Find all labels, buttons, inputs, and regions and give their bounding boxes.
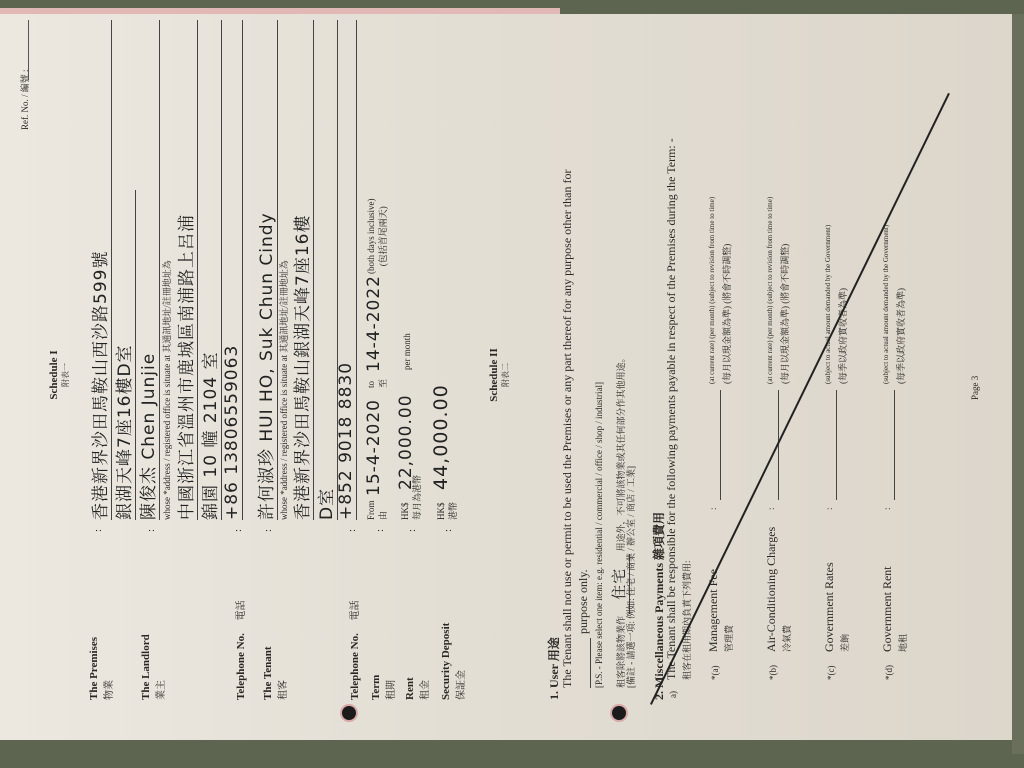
term-to-date: 14-4-2022	[364, 275, 384, 372]
colon: :	[92, 529, 104, 532]
govt-rates-blank	[836, 390, 837, 500]
ref-no-label: Ref. No. / 編號 :	[18, 70, 31, 131]
deposit-currency: HK$ 港幣	[436, 502, 459, 520]
schedule1-header: Schedule I 附表一	[48, 310, 71, 440]
schedule1-title: Schedule I	[48, 310, 60, 440]
ac-charges-blank	[778, 390, 779, 500]
deposit-label: Security Deposit 保証金	[440, 623, 467, 700]
misc-item: *(b) Air-Conditioning Charges 冷氣費 : (at …	[764, 20, 822, 680]
management-fee-blank	[720, 390, 721, 500]
colon: :	[262, 529, 274, 532]
tenant-address-line2: D室	[312, 20, 338, 520]
landlord-tel-value: +86 13806559063	[222, 20, 243, 520]
term-label: Term 租期	[370, 675, 397, 700]
govt-rent-blank	[894, 390, 895, 500]
schedule1-title-zh: 附表一	[60, 310, 71, 440]
schedule2-header: Schedule II 附表二	[488, 310, 511, 440]
misc-item: *(d) Government Rent 地租 : (subject to ac…	[880, 20, 938, 680]
schedule2-title: Schedule II	[488, 310, 500, 440]
schedule2-title-zh: 附表二	[500, 310, 511, 440]
misc-intro-label: a)	[668, 691, 678, 698]
ref-no-line	[28, 20, 29, 80]
misc-item: *(c) Government Rates 差餉 : (subject to a…	[822, 20, 880, 680]
user-text: The Tenant shall not use or permit to be…	[560, 28, 575, 688]
tenant-tel-label: Telephone No. 電話	[346, 600, 361, 700]
misc-item: *(a) Management Fee 管理費 : (at current ra…	[706, 20, 764, 680]
rent-label: Rent 租金	[404, 677, 431, 700]
premises-line1: 香港新界沙田馬鞍山西沙路599號	[86, 20, 112, 520]
premises-label: The Premises 物業	[88, 637, 115, 700]
premises-line2: 銀湖天峰7座16樓D室	[110, 190, 136, 520]
tenant-name: 許何淑珍 HUI HO, Suk Chun Cindy	[252, 20, 278, 520]
rent-amount: 22,000.00	[396, 394, 416, 490]
punch-hole	[342, 706, 356, 720]
landlord-name: 陳俊杰 Chen Junjie	[134, 20, 160, 520]
colon: :	[145, 529, 157, 532]
landlord-address-line2: 錦園 10 幢 2104 室	[196, 20, 222, 520]
tenant-address-line1: 香港新界沙田馬鞍山銀湖天峰7座16樓	[288, 20, 314, 520]
term-from-date: 15-4-2020	[364, 399, 384, 496]
user-ps-en: [P.S. - Please select one item: e.g. res…	[594, 382, 604, 688]
colon: :	[442, 529, 454, 532]
rent-period: per month	[402, 333, 412, 370]
landlord-address-line1: 中國浙江省溫州市鹿城區南浦路上呂浦	[172, 20, 198, 520]
misc-intro: The Tenant shall be responsible for the …	[664, 20, 679, 680]
tenant-label: The Tenant 租客	[262, 647, 289, 701]
background-desk	[1012, 14, 1024, 754]
colon: :	[374, 529, 386, 532]
term-to-label: to 至	[366, 379, 389, 388]
colon: :	[406, 529, 418, 532]
tenant-tel-value: +852 9018 8830	[336, 20, 357, 520]
colon: :	[232, 529, 244, 532]
deposit-amount: 44,000.00	[430, 384, 452, 490]
document-page: Ref. No. / 編號 : Schedule I 附表一 The Premi…	[0, 14, 1012, 740]
page-number: Page 3	[970, 376, 980, 400]
user-ps-zh2: [備註 - 請選一項: 例如: 住宅 / 商業 / 辦公室 / 商店 / 工業]	[624, 466, 637, 688]
user-text-cont: purpose only.	[576, 569, 591, 634]
landlord-tel-label: Telephone No. 電話	[232, 600, 247, 700]
landlord-label: The Landlord 業主	[140, 634, 167, 700]
colon: :	[346, 529, 358, 532]
term-from-label: From 由	[366, 500, 389, 520]
user-purpose-blank	[576, 638, 591, 688]
term-inclusive: (both days inclusive) (包括首尾兩天)	[366, 199, 389, 275]
punch-hole	[612, 706, 626, 720]
